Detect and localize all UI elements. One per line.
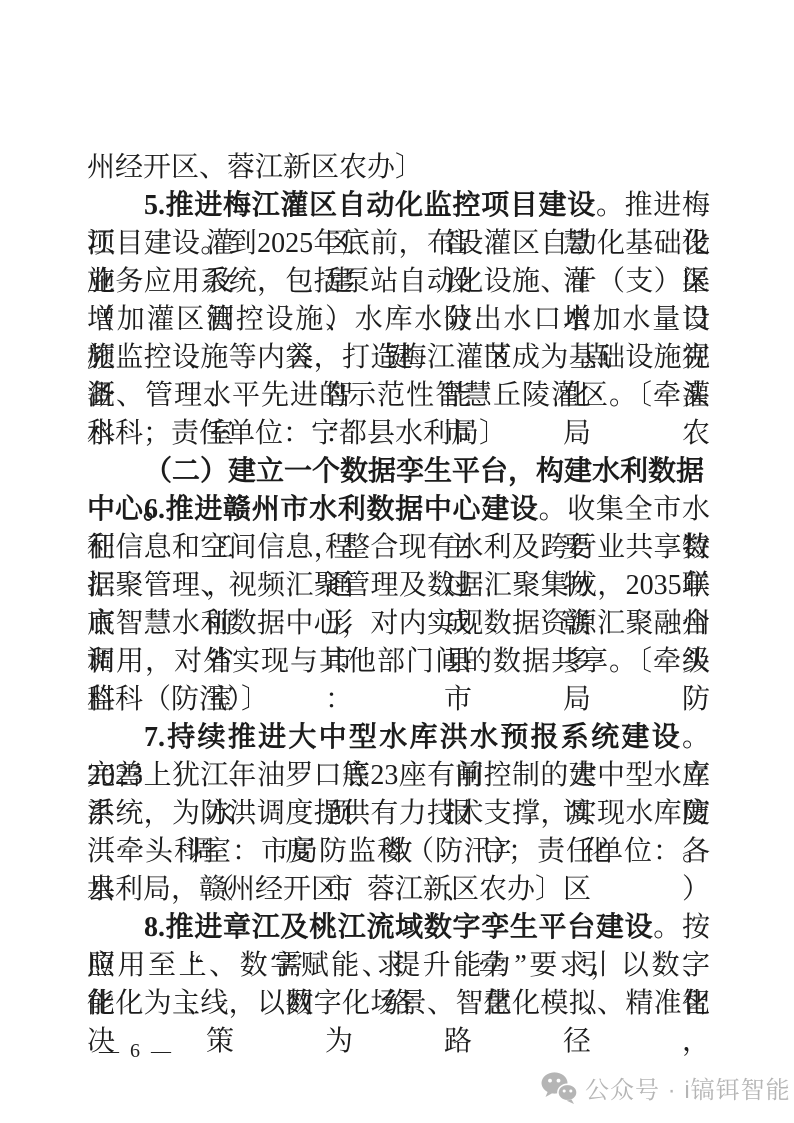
text-segment: 州经开区、蓉江新区农办〕 — [87, 152, 423, 183]
heading-segment: 6.推进赣州市水利数据中心建设 — [144, 494, 539, 525]
text-line: 征信息和空间信息，整合现有水利及跨行业共享数据，通过物联 — [87, 529, 710, 567]
wechat-watermark: 公众号 · i镐铒智能 — [541, 1070, 791, 1105]
document-body: 州经开区、蓉江新区农办〕5.推进梅江灌区自动化监控项目建设。推进梅江灌区智慧化项… — [87, 149, 710, 1023]
text-line: 调用，对外实现与其他部门间的数据共享。〔牵头科室：市局防 — [87, 643, 710, 681]
heading-segment: 7.持续推进大中型水库洪水预报系统建设 — [144, 722, 682, 753]
text-line: 溉、管理水平先进的示范性智慧丘陵灌区。〔牵头科室：市局农 — [87, 377, 710, 415]
text-line: 〔牵头科室：市局防监科（防汛）；责任单位：各县（市、区） — [87, 833, 710, 871]
text-line: 市智慧水利数据中心，对内实现数据资源汇聚融合和省市县多级 — [87, 605, 710, 643]
heading-segment: 8.推进章江及桃江流域数字孪生平台建设 — [144, 912, 653, 943]
text-segment: 水科；责任单位：宁都县水利局〕 — [87, 418, 507, 449]
text-line: 完善上犹江、油罗口等23座有闸控制的大中型水库洪水预报调度 — [87, 757, 710, 795]
text-line: 能化为主线，以数字化场景、智慧化模拟、精准化决策为路径， — [87, 985, 710, 1023]
text-line: 州经开区、蓉江新区农办〕 — [87, 149, 710, 187]
text-line: 7.持续推进大中型水库洪水预报系统建设。2023年底前建立 — [87, 719, 710, 757]
text-line: 项目建设。到2025年底前，布设灌区自动化基础设施及建设灌区 — [87, 225, 710, 263]
text-segment: 监科（防汛）〕 — [87, 684, 269, 715]
text-line: 系统，为防洪调度提供有力技术支撑，实现水库防洪调度数字化。 — [87, 795, 710, 833]
text-line: 8.推进章江及桃江流域数字孪生平台建设。按照“需求牵引、 — [87, 909, 710, 947]
text-line: 增加灌区测控设施、水库水陂出水口增加水量设施、关键节点视 — [87, 301, 710, 339]
text-line: 6.推进赣州市水利数据中心建设。收集全市水利工程主要特 — [87, 491, 710, 529]
watermark-text: 公众号 · i镐铒智能 — [585, 1070, 791, 1105]
text-segment: 能化为主线，以数字化场景、智慧化模拟、精准化决策为路径， — [87, 988, 710, 1057]
text-line: 5.推进梅江灌区自动化监控项目建设。推进梅江灌区智慧化 — [87, 187, 710, 225]
text-segment: 水利局，赣州经开区、蓉江新区农办〕 — [87, 874, 563, 905]
heading-segment: 5.推进梅江灌区自动化监控项目建设 — [144, 190, 596, 221]
text-line: 业务应用系统，包括泵站自动化设施、干（支）渠（管）分水口 — [87, 263, 710, 301]
document-page: { "page": { "background": "#ffffff", "te… — [0, 0, 794, 1123]
wechat-icon — [541, 1072, 578, 1104]
text-line: 频监控设施等内容，打造梅江灌区成为基础设施完备、智能化灌 — [87, 339, 710, 377]
text-line: 汇聚管理、视频汇聚管理及数据汇聚集成，2035年底前形成赣州 — [87, 567, 710, 605]
text-line: （二）建立一个数据孪生平台，构建水利数据中心。 — [87, 453, 710, 491]
page-number: — 6 — — [99, 1040, 174, 1063]
text-line: 应用至上、数字赋能、提升能力”要求，以数字化、网络化、智 — [87, 947, 710, 985]
